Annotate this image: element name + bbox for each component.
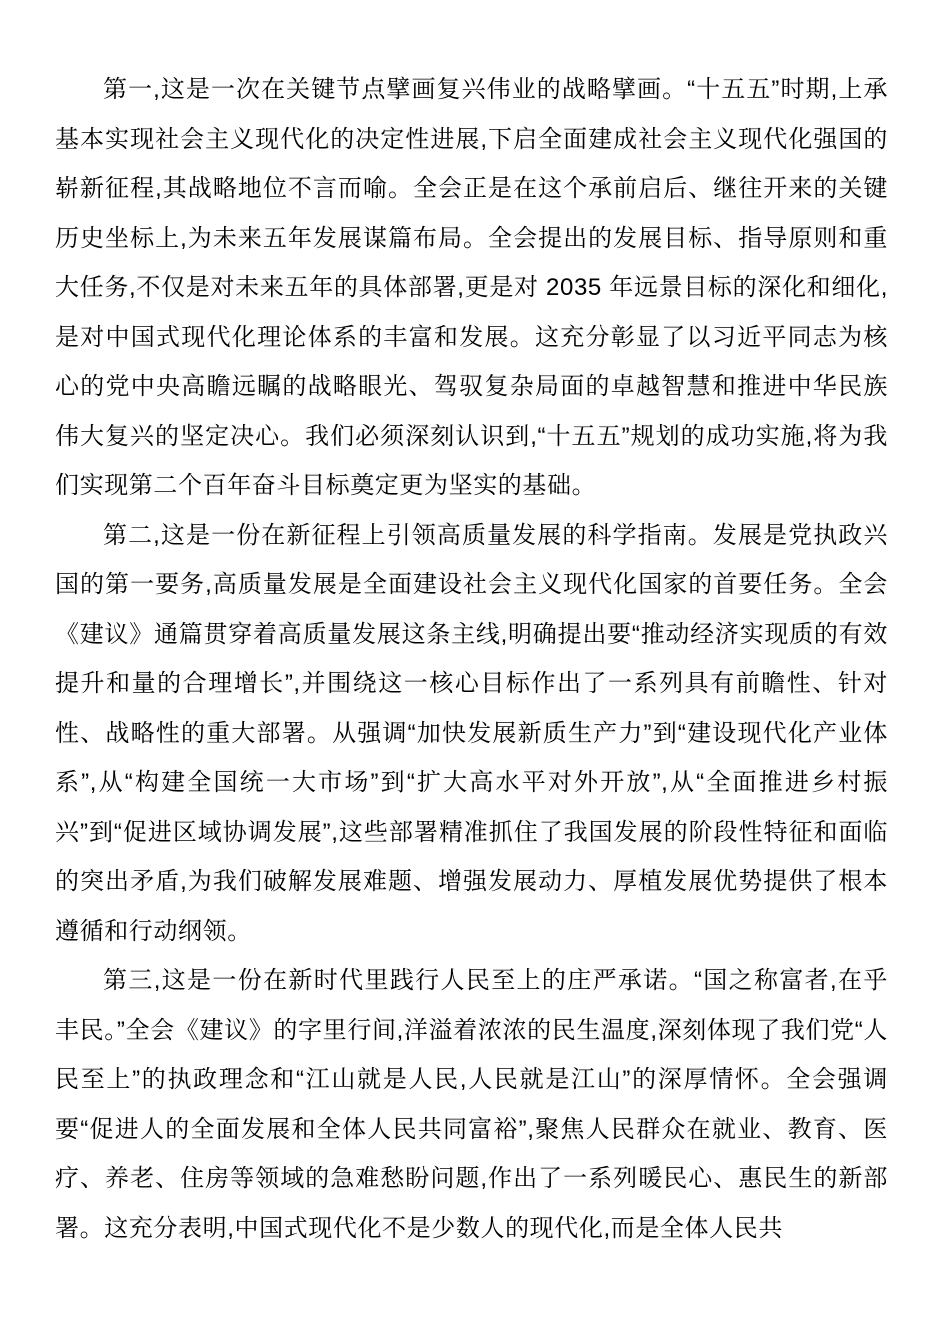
paragraph-first-point: 第一,这是一次在关键节点擘画复兴伟业的战略擘画。“十五五”时期,上承基本实现社会… xyxy=(55,65,888,511)
paragraph-second-point: 第二,这是一份在新征程上引领高质量发展的科学指南。发展是党执政兴国的第一要务,高… xyxy=(55,511,888,957)
document-page: 第一,这是一次在关键节点擘画复兴伟业的战略擘画。“十五五”时期,上承基本实现社会… xyxy=(0,0,950,1344)
paragraph-third-point: 第三,这是一份在新时代里践行人民至上的庄严承诺。“国之称富者,在乎丰民。”全会《… xyxy=(55,956,888,1253)
